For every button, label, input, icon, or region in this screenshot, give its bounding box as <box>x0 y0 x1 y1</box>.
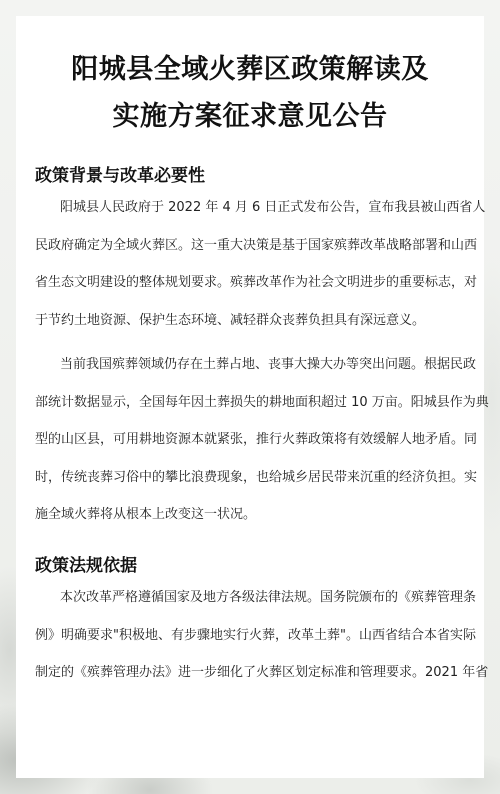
title-line-2: 实施方案征求意见公告 <box>16 93 484 140</box>
text-line: 于节约土地资源、保护生态环境、减轻群众丧葬负担具有深远意义。 <box>35 302 481 340</box>
text-line: 型的山区县，可用耕地资源本就紧张，推行火葬政策将有效缓解人地矛盾。同 <box>35 421 481 459</box>
text-line: 部统计数据显示，全国每年因土葬损失的耕地面积超过 10 万亩。阳城县作为典 <box>35 384 481 422</box>
page-title: 阳城县全域火葬区政策解读及 实施方案征求意见公告 <box>16 46 484 140</box>
paragraph-2: 当前我国殡葬领域仍存在土葬占地、丧事大操大办等突出问题。根据民政 部统计数据显示… <box>35 346 481 534</box>
text-line: 当前我国殡葬领域仍存在土葬占地、丧事大操大办等突出问题。根据民政 <box>35 346 481 384</box>
text-line: 时，传统丧葬习俗中的攀比浪费现象，也给城乡居民带来沉重的经济负担。实 <box>35 459 481 497</box>
paragraph-1: 阳城县人民政府于 2022 年 4 月 6 日正式发布公告，宣布我县被山西省人 … <box>35 189 481 339</box>
text-line: 阳城县人民政府于 2022 年 4 月 6 日正式发布公告，宣布我县被山西省人 <box>35 189 481 227</box>
text-line: 民政府确定为全域火葬区。这一重大决策是基于国家殡葬改革战略部署和山西 <box>35 227 481 265</box>
text-line: 例》明确要求"积极地、有步骤地实行火葬，改革土葬"。山西省结合本省实际 <box>35 617 481 655</box>
section-heading-background: 政策背景与改革必要性 <box>35 164 205 188</box>
text-line: 省生态文明建设的整体规划要求。殡葬改革作为社会文明进步的重要标志，对 <box>35 264 481 302</box>
title-line-1: 阳城县全域火葬区政策解读及 <box>16 46 484 93</box>
text-line: 本次改革严格遵循国家及地方各级法律法规。国务院颁布的《殡葬管理条 <box>35 579 481 617</box>
text-line: 制定的《殡葬管理办法》进一步细化了火葬区划定标准和管理要求。2021 年省 <box>35 654 481 692</box>
text-line: 施全域火葬将从根本上改变这一状况。 <box>35 496 481 534</box>
document-page: 阳城县全域火葬区政策解读及 实施方案征求意见公告 政策背景与改革必要性 阳城县人… <box>16 16 484 778</box>
section-heading-legal-basis: 政策法规依据 <box>35 554 137 578</box>
paragraph-3: 本次改革严格遵循国家及地方各级法律法规。国务院颁布的《殡葬管理条 例》明确要求"… <box>35 579 481 692</box>
